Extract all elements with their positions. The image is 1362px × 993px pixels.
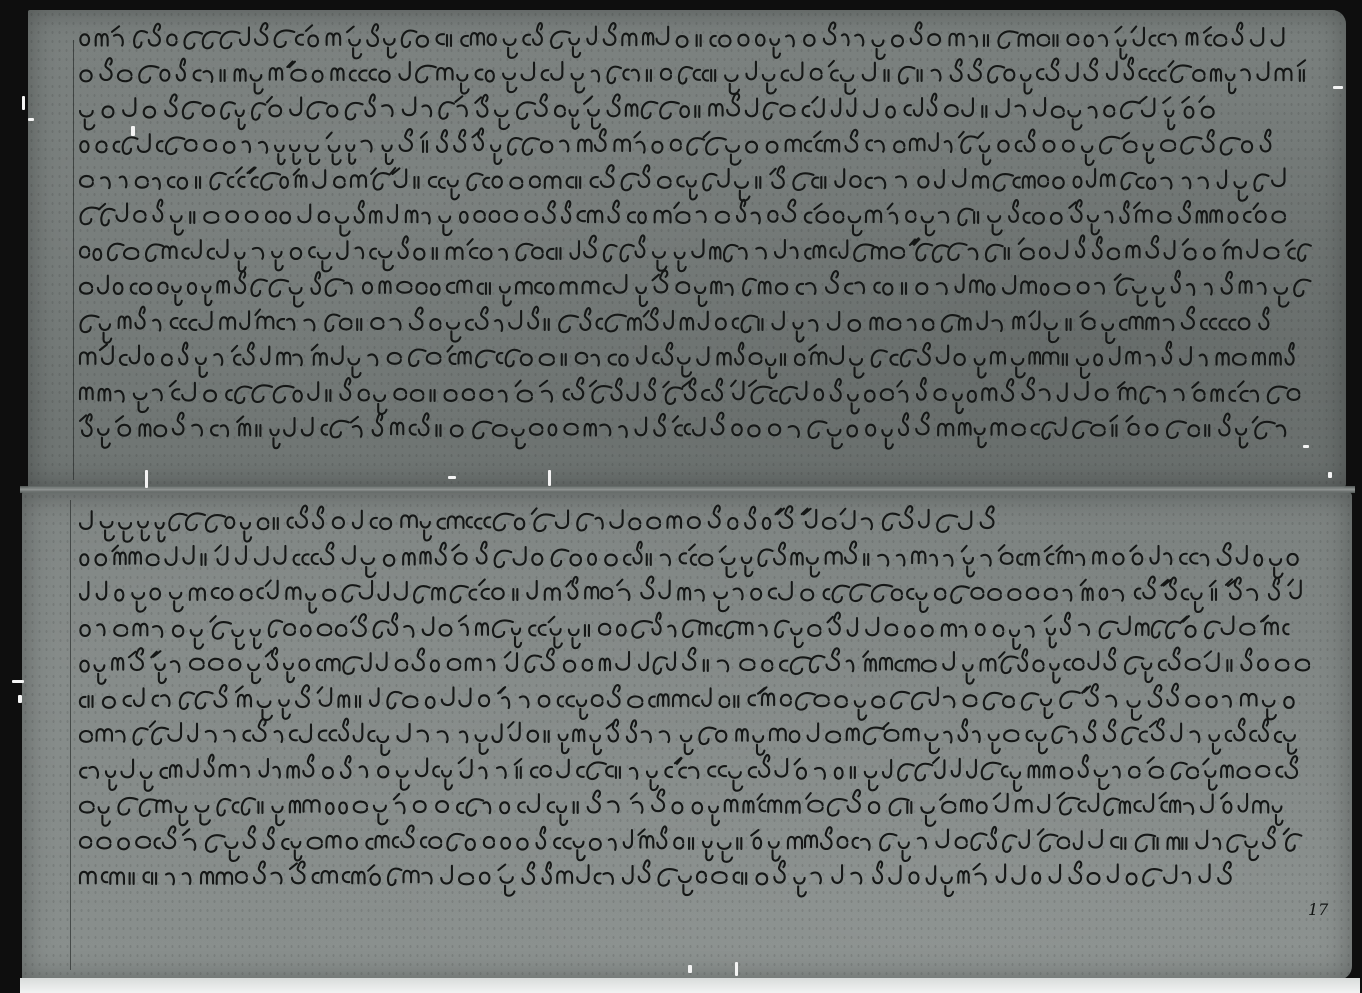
manuscript-line: ချွင်ဗွ ရုံဘသာလျှ ကါ ဒုံ ဂြိုး ကြိုး ကြိ… — [76, 352, 100, 353]
damage-mark — [145, 470, 148, 488]
script-line — [80, 755, 1297, 791]
script-line — [80, 200, 1284, 236]
manuscript-line: သ ရှ ရွေ့ ဘ် ဟိ ။ ပြော ကါ ပြော ကါ ဘ ဗွဲ့… — [76, 836, 101, 837]
manuscript-line: တွ ကါ ရိုး မ အော ကါ လော် ကြော ကြီ လော် ဒ… — [76, 729, 104, 730]
manuscript-line: ရောင်စိုးတွ သောဥကံသား ပြ ရောင်ဧဂဲဒေါ်ဘွာ… — [76, 175, 104, 176]
manuscript-line: လူစျူ။ ဆာခံကိုးလျှ ကါး ။ ဖြိုဖြ ။ ပြ ပြု… — [76, 281, 99, 282]
manuscript-line: ဗိုလ်ကျွပ်ဘွားလျှ ကါးသောတောတွ ကော့ မြား … — [76, 139, 105, 140]
manuscript-line: ခံငံ ကြွ ကျော်သည်လျှာ ကာ သုံး သယ် ရှာ သာ… — [76, 587, 102, 588]
script-line — [80, 684, 1294, 720]
manuscript-line: ဝမွသုံမကြအို မပိတ်ဘွဲ ။ မိုး လိုနို ရခ် … — [76, 623, 99, 624]
manuscript-line: ခံရပ်နေသောဥ ။ ဗိုလ်ချုပ်အနုံ ဖိတ်ဘုံတော်… — [76, 68, 103, 69]
script-line — [80, 128, 1270, 165]
script-line — [80, 413, 1285, 449]
damage-mark — [22, 96, 25, 110]
damage-mark — [548, 470, 551, 486]
damage-mark — [448, 476, 456, 479]
manuscript-line: ကျ ရော့တွ ကါးမြင်း ဖွဲ့သို့လျှင်း ပြောဘွ… — [76, 516, 104, 517]
manuscript-line: ပွင့်ဖူးသောကြွင်းမဲ့ မဲ့ ဘွားနေ ကျိုးသို… — [76, 33, 102, 34]
manuscript-line: ရည်ဒွေး ယခုပ ဂျူ ဝွ ယပ်လ မဲ့ ဟု ။ ဆဲ့ ချ… — [76, 317, 100, 318]
manuscript-line: ဘသာသာစေသာ ချို နိုင်ရှာတ ဆုံးဂျုံကျေ ။ တ… — [76, 104, 102, 105]
script-line — [80, 271, 1311, 307]
manuscript-line: သို့ခ ကြွေ ယ ကြ မြှား ပ ယ ခ တ လေ ကါ တို … — [76, 694, 105, 695]
script-line — [80, 506, 994, 542]
script-line — [80, 165, 1284, 201]
manuscript-line: ထပေါ် ပေါ် တော် ကျ ဥ ကျာ ဂါ တော် ပြေ ရ ဒ… — [76, 765, 105, 766]
folio-number: 17 — [1308, 900, 1328, 919]
manuscript-line: ဘလျှော်ကာ ဘွဲ့ပေါ် ကြိမ် ဘား အောင်လာဘွဲ့… — [76, 246, 103, 247]
damage-mark — [131, 126, 135, 136]
manuscript-line: ပေးလင်္ကာ မဲ့ မိခံ ပဲ ။ ဝ ပြိုတား ရေး ။ … — [76, 423, 101, 424]
script-line — [80, 94, 1214, 130]
handwritten-script — [0, 0, 1362, 993]
script-line — [80, 826, 1301, 862]
damage-mark — [28, 118, 34, 121]
script-line — [80, 378, 1299, 414]
manuscript-line: မြား ပါ ဘော် လ ဥ ကျ ။ တို့ ကျေ့ ခ ဖွဲ့ ။… — [76, 871, 101, 872]
manuscript-line: မွ မဲ့မြှ ။ တောလေ မဲ့ မြော်လ မဲ့ ။ လိုကါ… — [76, 552, 103, 553]
script-line — [80, 613, 1288, 649]
manuscript-line: မပြုံ့ သားတော့ဥကြုာ ဘာကွ ကြန့်တ ။ တလိုပ်… — [76, 210, 102, 211]
manuscript-line: သောဘွဲ့ ကါး လေး ရော့ သုံး မြဲ့ ပ သခ ပိုး… — [76, 658, 104, 659]
damage-mark — [18, 695, 22, 703]
script-line — [80, 342, 1294, 378]
script-line — [80, 719, 1296, 755]
script-line — [80, 648, 1309, 684]
damage-mark — [735, 962, 738, 976]
script-line — [80, 789, 1283, 825]
damage-mark — [12, 680, 24, 683]
damage-mark — [1328, 472, 1332, 478]
script-line — [80, 58, 1305, 94]
damage-mark — [688, 965, 692, 973]
damage-mark — [1303, 445, 1309, 448]
script-line — [80, 541, 1297, 577]
script-line — [80, 860, 1231, 896]
manuscript-line: ဝဖား ရှုံ့ ဂျ ကို ။ လာ ။ တို့ ကော ဧဂ ဒေါ… — [76, 800, 101, 801]
manuscript-line: တွတ်တွတ်ဗြုံစကါး ရော့လေ လေလင် တေသွ ။ ချိ… — [76, 388, 103, 389]
script-line — [80, 22, 1283, 59]
damage-mark — [1333, 86, 1343, 89]
script-line — [80, 577, 1301, 613]
script-line — [80, 307, 1268, 343]
script-line — [80, 235, 1311, 271]
